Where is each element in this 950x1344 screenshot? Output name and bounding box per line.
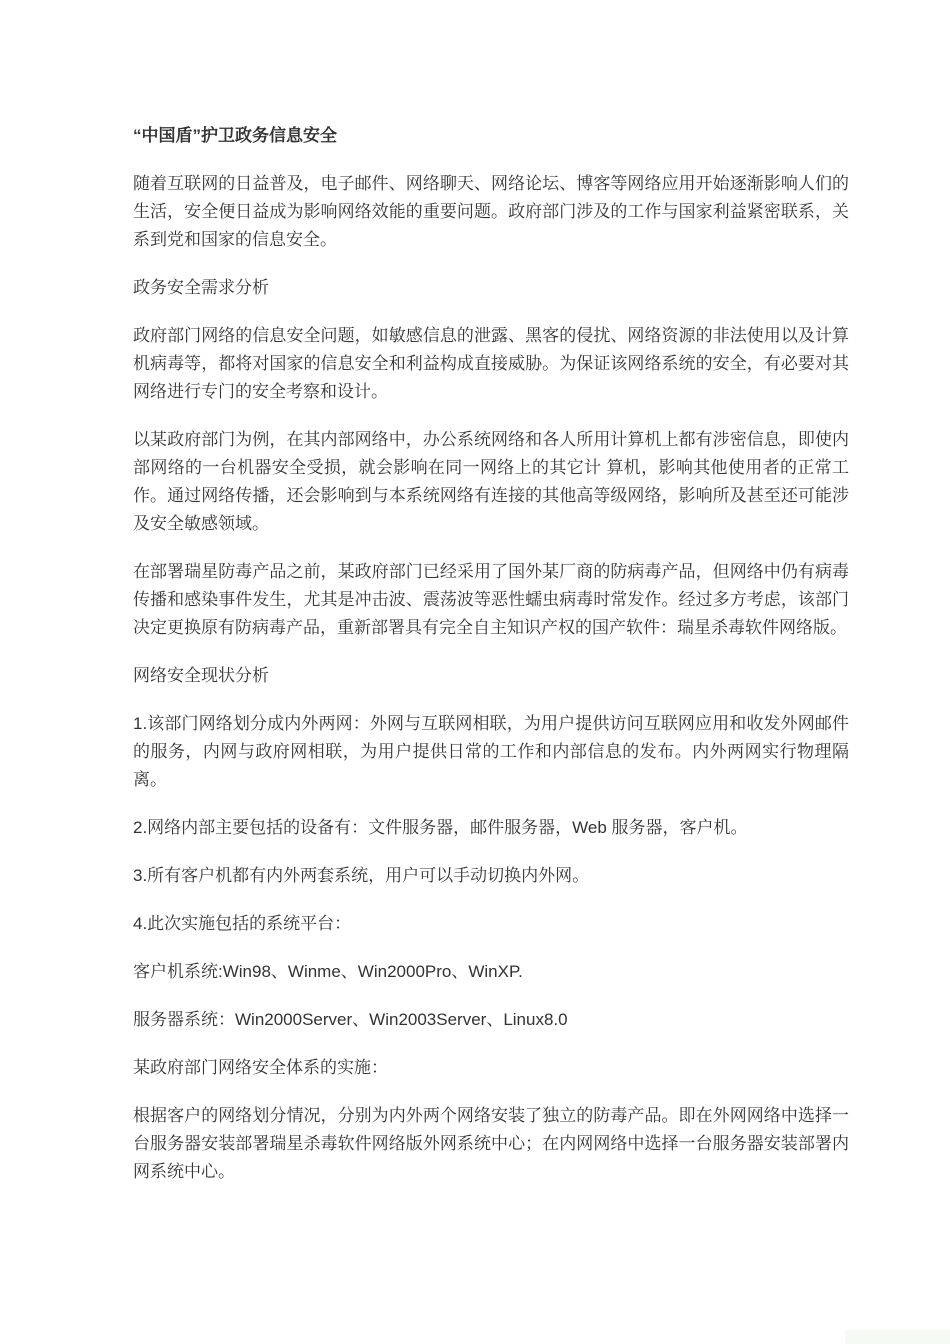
paragraph-client-systems: 客户机系统:Win98、Winme、Win2000Pro、WinXP. — [133, 958, 849, 986]
paragraph-intro: 随着互联网的日益普及，电子邮件、网络聊天、网络论坛、博客等网络应用开始逐渐影响人… — [133, 170, 849, 254]
paragraph-server-systems: 服务器系统：Win2000Server、Win2003Server、Linux8… — [133, 1006, 849, 1034]
paragraph-implementation-detail: 根据客户的网络划分情况，分别为内外两个网络安装了独立的防毒产品。即在外网网络中选… — [133, 1102, 849, 1186]
section-heading-requirement-analysis: 政务安全需求分析 — [133, 274, 849, 302]
paragraph-previous-antivirus: 在部署瑞星防毒产品之前，某政府部门已经采用了国外某厂商的防病毒产品，但网络中仍有… — [133, 558, 849, 642]
document-title: “中国盾”护卫政务信息安全 — [133, 122, 849, 150]
section-heading-status-analysis: 网络安全现状分析 — [133, 662, 849, 690]
paragraph-implementation-lead: 某政府部门网络安全体系的实施： — [133, 1054, 849, 1082]
watermark — [845, 1330, 950, 1344]
paragraph-security-issues: 政府部门网络的信息安全问题，如敏感信息的泄露、黑客的侵扰、网络资源的非法使用以及… — [133, 322, 849, 406]
document-page: “中国盾”护卫政务信息安全 随着互联网的日益普及，电子邮件、网络聊天、网络论坛、… — [133, 122, 849, 1206]
paragraph-item-2: 2.网络内部主要包括的设备有：文件服务器，邮件服务器，Web 服务器，客户机。 — [133, 814, 849, 842]
paragraph-internal-network-example: 以某政府部门为例，在其内部网络中，办公系统网络和各人所用计算机上都有涉密信息，即… — [133, 426, 849, 538]
paragraph-item-3: 3.所有客户机都有内外两套系统，用户可以手动切换内外网。 — [133, 862, 849, 890]
paragraph-item-4: 4.此次实施包括的系统平台： — [133, 910, 849, 938]
paragraph-item-1: 1.该部门网络划分成内外两网：外网与互联网相联，为用户提供访问互联网应用和收发外… — [133, 710, 849, 794]
